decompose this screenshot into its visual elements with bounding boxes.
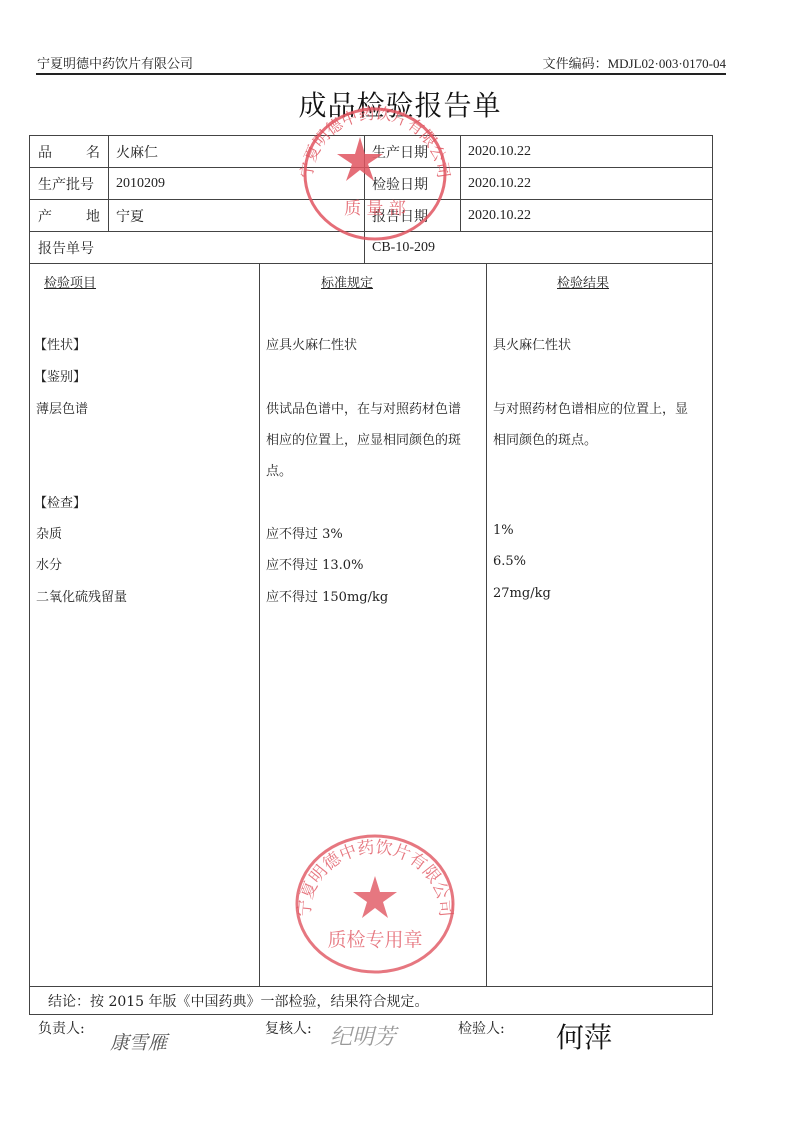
standard-so2: 应不得过 150mg/kg	[266, 586, 388, 605]
col-item: 检验项目 【性状】 【鉴别】 薄层色谱 【检查】 杂质 水分 二氧化硫残留量	[30, 264, 259, 986]
responsible-label: 负责人:	[38, 1018, 85, 1038]
col-header-result: 检验结果	[557, 272, 609, 291]
result-tlc-1: 与对照药材色谱相应的位置上，显	[493, 398, 688, 417]
product-name-label: 品 名	[30, 136, 108, 167]
col-result: 检验结果 具火麻仁性状 与对照药材色谱相应的位置上，显 相同颜色的斑点。 1% …	[486, 264, 712, 986]
col-standard: 标准规定 应具火麻仁性状 供试品色谱中，在与对照药材色谱 相应的位置上，应显相同…	[259, 264, 486, 986]
inspection-date-value: 2020.10.22	[460, 168, 712, 199]
report-title: 成品检验报告单	[0, 84, 800, 124]
header-rule	[36, 73, 726, 75]
label-char: 品	[38, 142, 52, 162]
standard-tlc-3: 点。	[266, 460, 292, 479]
label-char: 名	[86, 142, 100, 162]
result-impurity: 1%	[493, 523, 514, 538]
document-code: 文件编码：MDJL02·003·0170-04	[543, 53, 726, 72]
inspector-signature: 何萍	[556, 1016, 612, 1056]
batch-label: 生产批号	[30, 168, 108, 199]
product-name-value: 火麻仁	[108, 136, 364, 167]
standard-character: 应具火麻仁性状	[266, 334, 357, 353]
production-date-label: 生产日期	[364, 136, 460, 167]
label-char: 产	[38, 206, 52, 226]
info-row-origin: 产 地 宁夏 报告日期 2020.10.22	[30, 200, 712, 232]
result-tlc-2: 相同颜色的斑点。	[493, 429, 597, 448]
responsible-signature: 康雪雁	[110, 1028, 167, 1055]
standard-moisture: 应不得过 13.0%	[266, 554, 363, 573]
section-check: 【检查】	[34, 492, 86, 511]
conclusion: 结论：按 2015 年版《中国药典》一部检验，结果符合规定。	[30, 987, 712, 1015]
col-header-item: 检验项目	[44, 272, 96, 291]
result-so2: 27mg/kg	[493, 586, 551, 601]
item-tlc: 薄层色谱	[36, 398, 88, 417]
production-date-value: 2020.10.22	[460, 136, 712, 167]
origin-value: 宁夏	[108, 200, 364, 231]
report-no-value: CB-10-209	[364, 232, 712, 263]
inspection-date-label: 检验日期	[364, 168, 460, 199]
origin-label: 产 地	[30, 200, 108, 231]
item-impurity: 杂质	[36, 523, 62, 542]
report-table: 品 名 火麻仁 生产日期 2020.10.22 生产批号 2010209 检验日…	[29, 135, 713, 1015]
item-moisture: 水分	[36, 554, 62, 573]
report-date-value: 2020.10.22	[460, 200, 712, 231]
label-char: 地	[86, 206, 100, 226]
report-no-label: 报告单号	[30, 232, 364, 263]
info-row-report-no: 报告单号 CB-10-209	[30, 232, 712, 264]
col-header-standard: 标准规定	[321, 272, 373, 291]
item-so2: 二氧化硫残留量	[36, 586, 127, 605]
inspector-label: 检验人:	[458, 1018, 505, 1038]
result-character: 具火麻仁性状	[493, 334, 571, 353]
section-identification: 【鉴别】	[34, 366, 86, 385]
standard-impurity: 应不得过 3%	[266, 523, 343, 542]
report-date-label: 报告日期	[364, 200, 460, 231]
info-row-product: 品 名 火麻仁 生产日期 2020.10.22	[30, 136, 712, 168]
result-moisture: 6.5%	[493, 554, 526, 569]
section-character: 【性状】	[34, 334, 86, 353]
standard-tlc-1: 供试品色谱中，在与对照药材色谱	[266, 398, 461, 417]
results-section: 检验项目 【性状】 【鉴别】 薄层色谱 【检查】 杂质 水分 二氧化硫残留量 标…	[30, 264, 712, 987]
reviewer-signature: 纪明芳	[330, 1020, 396, 1051]
company-name: 宁夏明德中药饮片有限公司	[37, 53, 193, 72]
batch-value: 2010209	[108, 168, 364, 199]
reviewer-label: 复核人:	[265, 1018, 312, 1038]
info-row-batch: 生产批号 2010209 检验日期 2020.10.22	[30, 168, 712, 200]
standard-tlc-2: 相应的位置上，应显相同颜色的斑	[266, 429, 461, 448]
